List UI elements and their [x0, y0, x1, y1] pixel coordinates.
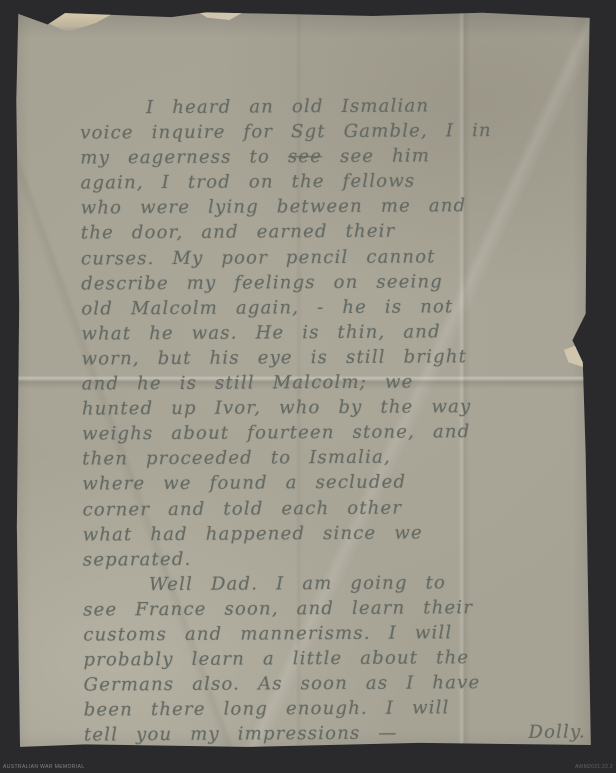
letter-text: my eagerness to — [80, 146, 288, 168]
letter-line: customs and mannerisms. I will — [83, 619, 589, 647]
viewer-background: I heard an old Ismalian voice inquire fo… — [0, 0, 616, 773]
letter-line: Germans also. As soon as I have — [84, 670, 590, 698]
letter-line: corner and told each other — [82, 494, 588, 522]
signature: Dolly. — [528, 720, 586, 745]
letter-line: then proceeded to Ismalia, — [82, 444, 588, 472]
letter-line: describe my feelings on seeing — [81, 268, 587, 296]
handwritten-text: I heard an old Ismalian voice inquire fo… — [80, 92, 590, 748]
letter-line: what he was. He is thin, and — [81, 318, 587, 346]
letter-text: see him — [322, 146, 430, 168]
letter-line: see France soon, and learn their — [83, 594, 589, 622]
letter-line: where we found a secluded — [82, 469, 588, 497]
letter-line: again, I trod on the fellows — [80, 168, 586, 196]
letter-line: probably learn a little about the — [83, 645, 589, 673]
letter-line: been there long enough. I will — [84, 695, 590, 723]
struck-out-word: see — [288, 146, 322, 167]
letter-line: I heard an old Ismalian — [80, 92, 586, 120]
letter-line: the door, and earned their — [81, 218, 587, 246]
letter-line: old Malcolm again, - he is not — [81, 293, 587, 321]
letter-line: and he is still Malcolm; we — [82, 368, 588, 396]
letter-line: Well Dad. I am going to — [83, 569, 589, 597]
letter-line: weighs about fourteen stone, and — [82, 419, 588, 447]
letter-line: separated. — [83, 544, 589, 572]
archive-watermark: AUSTRALIAN WAR MEMORIAL — [3, 764, 85, 770]
letter-line: curses. My poor pencil cannot — [81, 243, 587, 271]
letter-line: who were lying between me and — [81, 193, 587, 221]
letter-closing-line: tell you my impressions —Dolly. — [84, 720, 590, 748]
letter-line: worn, but his eye is still bright — [82, 343, 588, 371]
letter-text: tell you my impressions — — [84, 721, 398, 748]
letter-line: voice inquire for Sgt Gamble, I in — [80, 118, 586, 146]
archive-reference-number: AWM2021.22.2 — [575, 764, 613, 770]
letter-line: what had happened since we — [83, 519, 589, 547]
letter-line: hunted up Ivor, who by the way — [82, 394, 588, 422]
letter-line-with-strikeout: my eagerness to see see him — [80, 143, 586, 171]
letter-page: I heard an old Ismalian voice inquire fo… — [16, 12, 592, 748]
